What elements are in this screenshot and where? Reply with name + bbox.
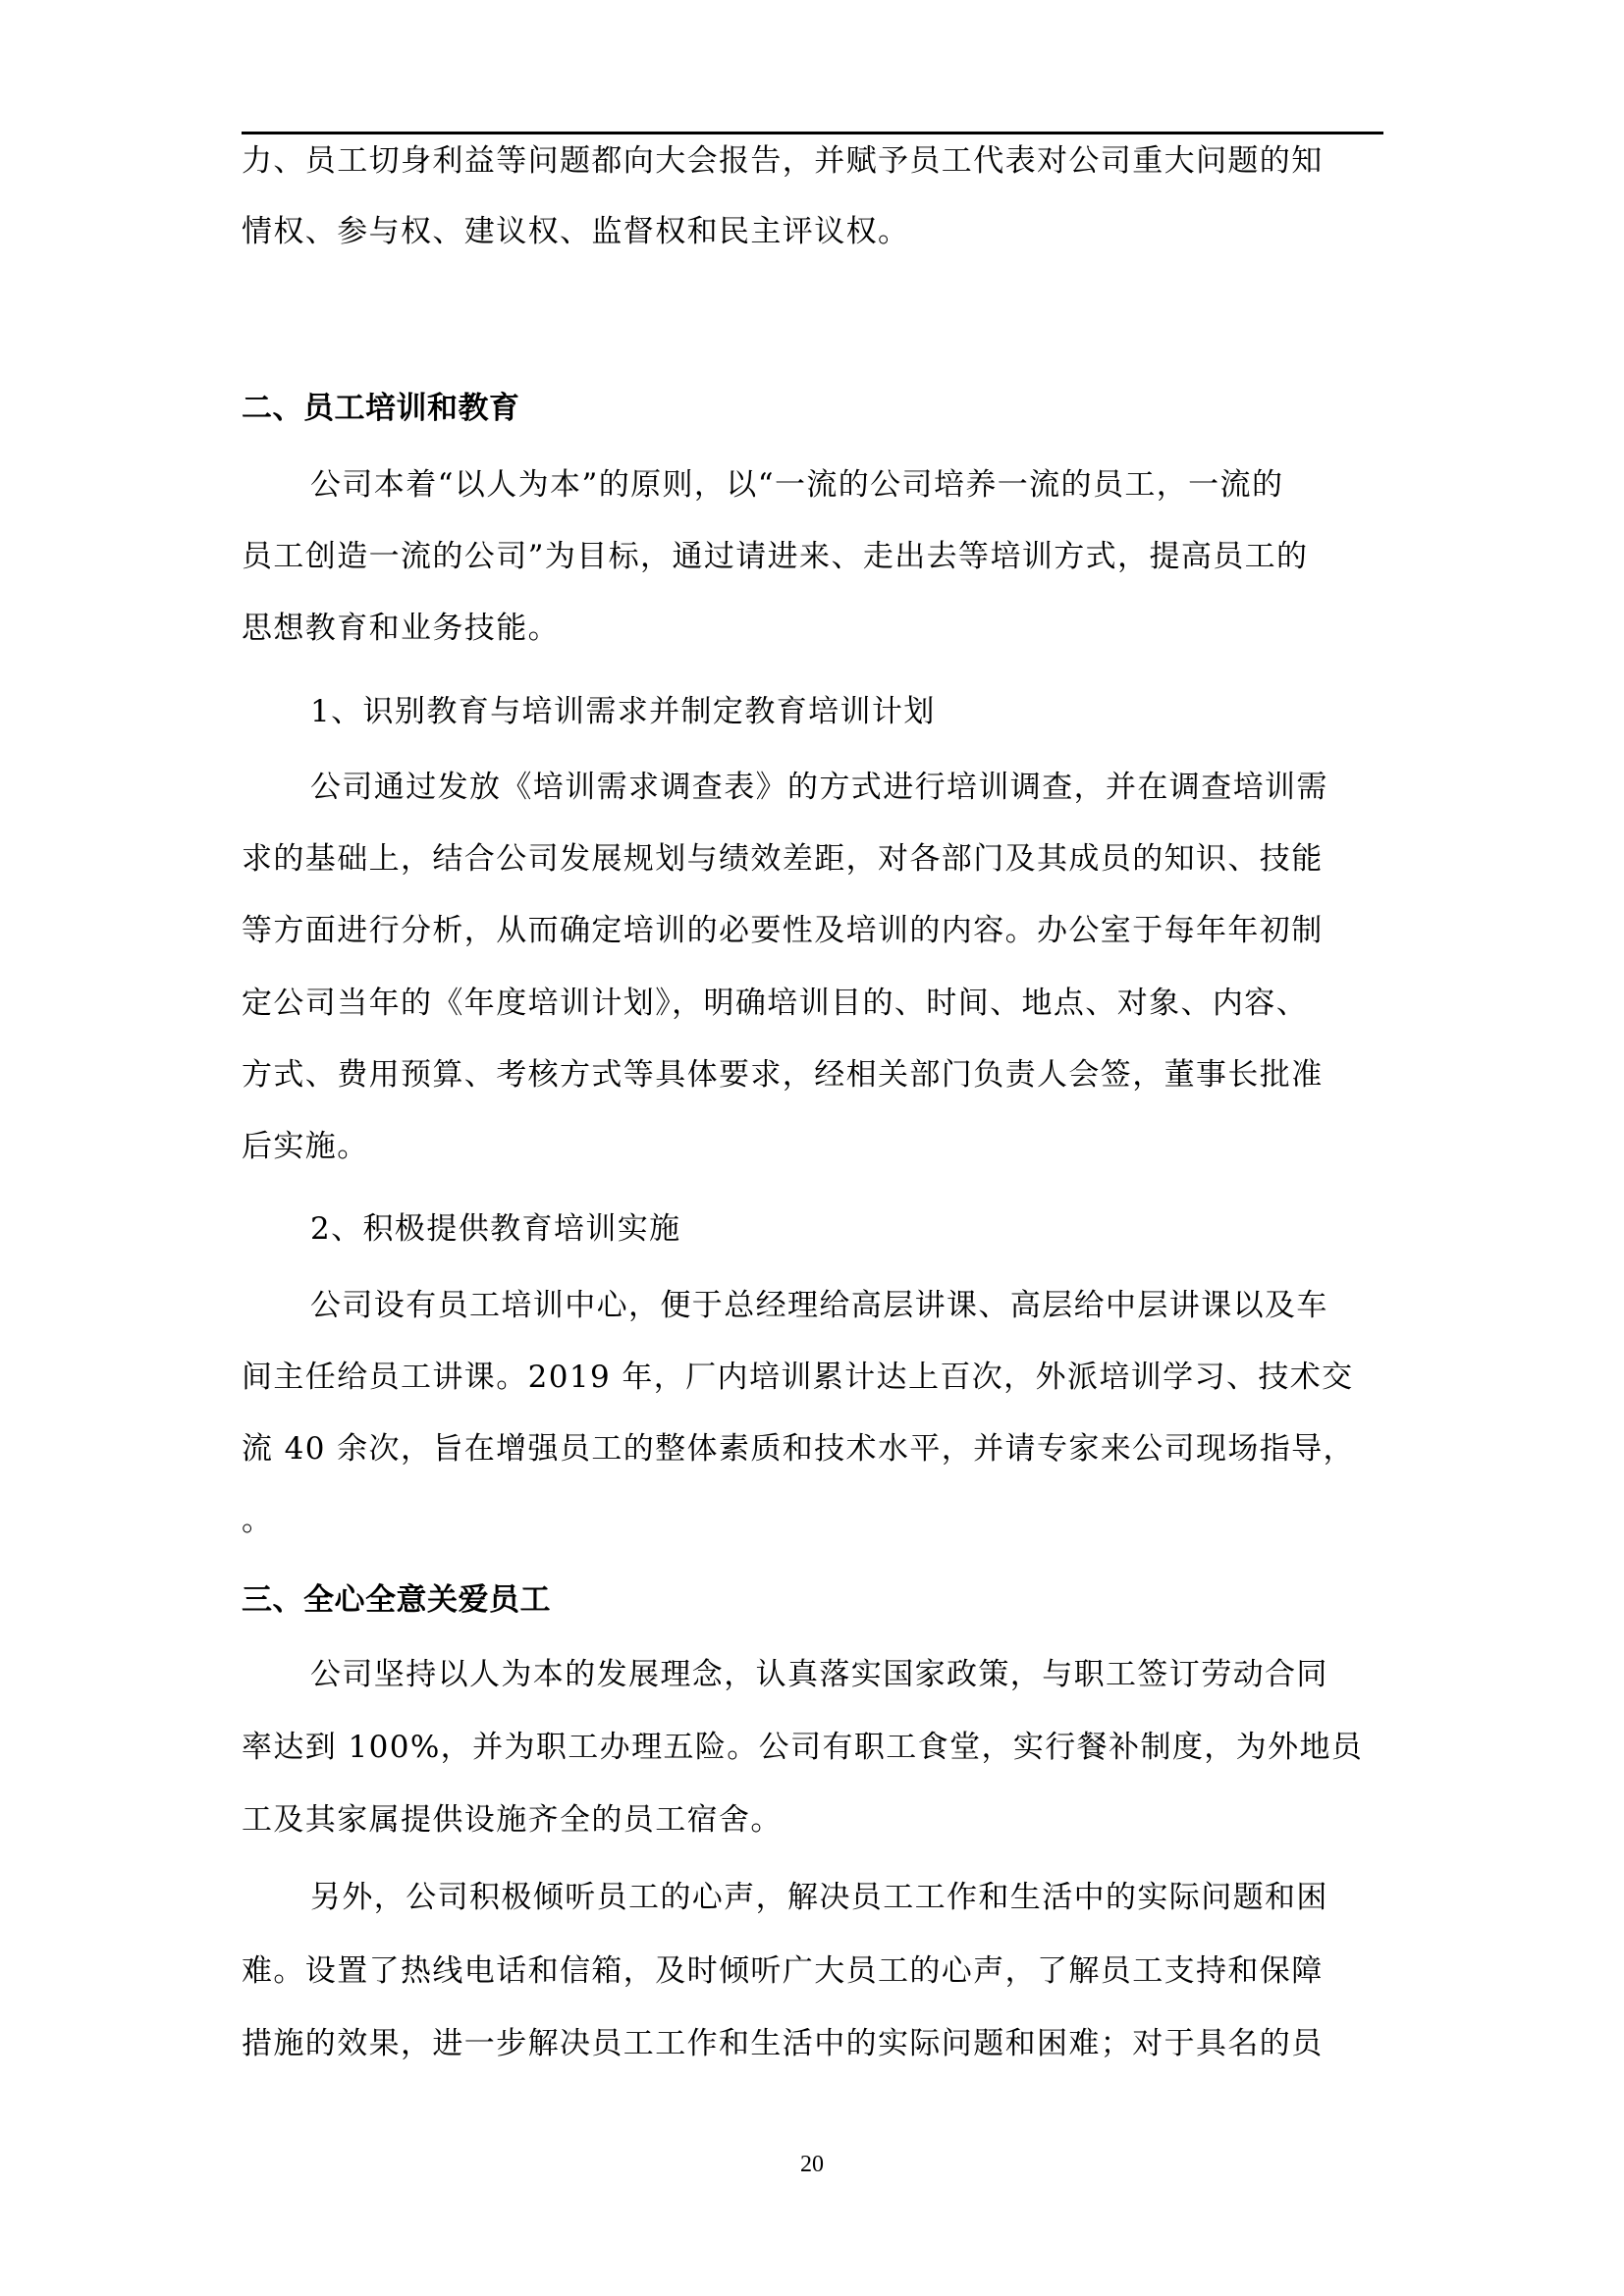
paragraph-line: 求的基础上，结合公司发展规划与绩效差距，对各部门及其成员的知识、技能 bbox=[242, 839, 1390, 879]
paragraph-line: 。 bbox=[242, 1501, 1390, 1540]
paragraph-line: 措施的效果，进一步解决员工工作和生活中的实际问题和困难；对于具名的员 bbox=[242, 2024, 1390, 2063]
paragraph-line: 另外，公司积极倾听员工的心声，解决员工工作和生活中的实际问题和困 bbox=[310, 1878, 1459, 1917]
section-heading: 二、员工培训和教育 bbox=[242, 389, 1390, 428]
paragraph-line: 力、员工切身利益等问题都向大会报告，并赋予员工代表对公司重大问题的知 bbox=[242, 141, 1390, 181]
paragraph-line: 思想教育和业务技能。 bbox=[242, 609, 1390, 648]
subsection-title: 1、识别教育与培训需求并制定教育培训计划 bbox=[310, 692, 1459, 731]
paragraph-line: 方式、费用预算、考核方式等具体要求，经相关部门负责人会签，董事长批准 bbox=[242, 1055, 1390, 1095]
paragraph-line: 公司设有员工培训中心，便于总经理给高层讲课、高层给中层讲课以及车 bbox=[310, 1286, 1459, 1325]
section-heading: 三、全心全意关爱员工 bbox=[242, 1580, 1390, 1620]
paragraph-line: 公司本着“以人为本”的原则，以“一流的公司培养一流的员工，一流的 bbox=[310, 465, 1459, 505]
paragraph-line: 情权、参与权、建议权、监督权和民主评议权。 bbox=[242, 212, 1390, 251]
paragraph-line: 等方面进行分析，从而确定培训的必要性及培训的内容。办公室于每年年初制 bbox=[242, 911, 1390, 950]
paragraph-line: 率达到 100%，并为职工办理五险。公司有职工食堂，实行餐补制度，为外地员 bbox=[242, 1728, 1390, 1767]
paragraph-line: 流 40 余次，旨在增强员工的整体素质和技术水平，并请专家来公司现场指导， bbox=[242, 1429, 1390, 1468]
paragraph-line: 公司通过发放《培训需求调查表》的方式进行培训调查，并在调查培训需 bbox=[310, 768, 1459, 807]
paragraph-line: 后实施。 bbox=[242, 1127, 1390, 1166]
paragraph-line: 工及其家属提供设施齐全的员工宿舍。 bbox=[242, 1800, 1390, 1840]
header-rule bbox=[242, 132, 1383, 134]
paragraph-line: 间主任给员工讲课。2019 年，厂内培训累计达上百次，外派培训学习、技术交 bbox=[242, 1358, 1390, 1397]
paragraph-line: 员工创造一流的公司”为目标，通过请进来、走出去等培训方式，提高员工的 bbox=[242, 537, 1390, 576]
page-number: 20 bbox=[0, 2150, 1624, 2179]
paragraph-line: 定公司当年的《年度培训计划》，明确培训目的、时间、地点、对象、内容、 bbox=[242, 984, 1390, 1023]
subsection-title: 2、积极提供教育培训实施 bbox=[310, 1209, 1459, 1249]
paragraph-line: 公司坚持以人为本的发展理念，认真落实国家政策，与职工签订劳动合同 bbox=[310, 1655, 1459, 1694]
paragraph-line: 难。设置了热线电话和信箱，及时倾听广大员工的心声，了解员工支持和保障 bbox=[242, 1951, 1390, 1991]
